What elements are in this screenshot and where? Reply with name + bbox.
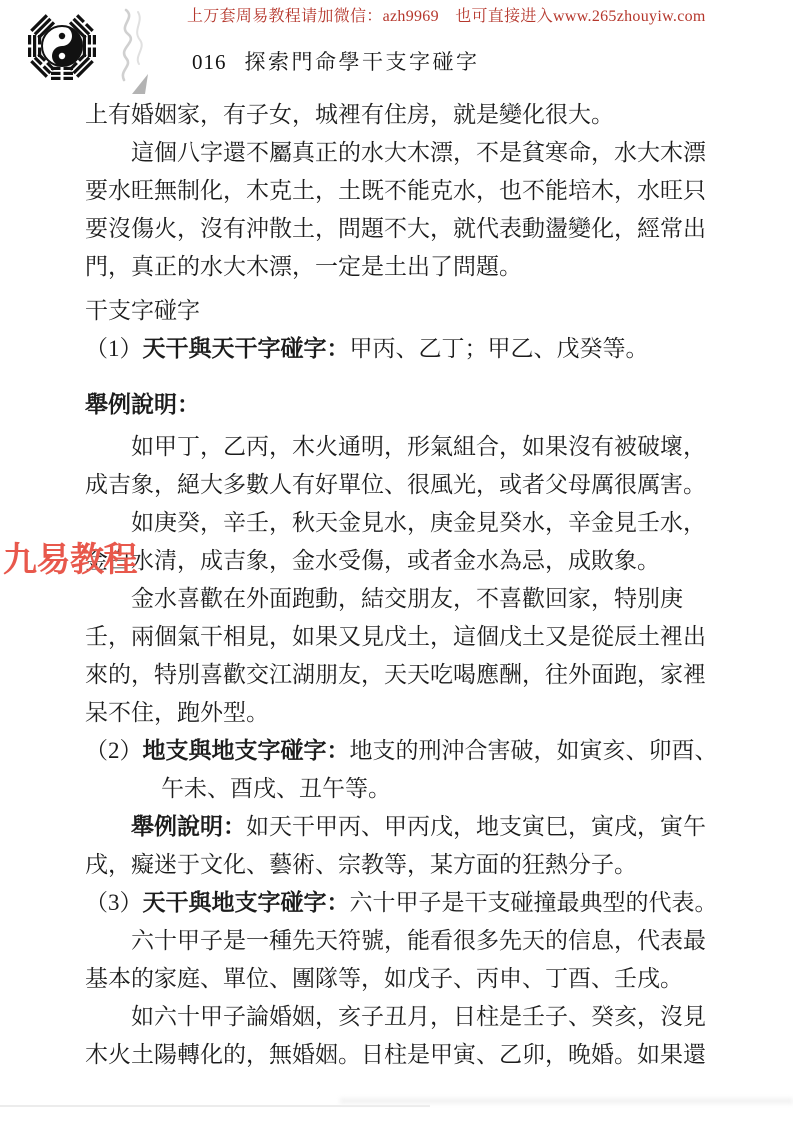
- text-line: 成吉象，絕大多數人有好單位、很風光，或者父母厲很厲害。: [85, 466, 717, 504]
- text-line: 舉例說明：如天干甲丙、甲丙戊，地支寅巳，寅戌，寅午: [85, 808, 717, 846]
- text-line: 呆不住，跑外型。: [85, 694, 717, 732]
- page-number: 016: [192, 50, 227, 74]
- body-text: 上有婚姻家，有子女，城裡有住房，就是變化很大。這個八字還不屬真正的水大木漂，不是…: [85, 96, 717, 1074]
- text-line: 金水喜歡在外面跑動，結交朋友，不喜歡回家，特別庚: [85, 580, 717, 618]
- text-line: （2）地支與地支字碰字：地支的刑沖合害破，如寅亥、卯酉、: [85, 732, 717, 770]
- page-header: 016探索門命學干支字碰字: [192, 46, 480, 76]
- text-line: 六十甲子是一種先天符號，能看很多先天的信息，代表最: [85, 922, 717, 960]
- text-line: （3）天干與地支字碰字：六十甲子是干支碰撞最典型的代表。: [85, 884, 717, 922]
- text-line: 如甲丁，乙丙，木火通明，形氣組合，如果沒有被破壞，: [85, 428, 717, 466]
- scan-shadow: [0, 1105, 430, 1107]
- text-line: 要沒傷火，沒有沖散土，問題不大，就代表動盪變化，經常出: [85, 210, 717, 248]
- page-title: 探索門命學干支字碰字: [245, 50, 480, 74]
- text-line: 舉例說明：: [85, 386, 717, 424]
- red-watermark: 九易教程: [3, 538, 137, 582]
- text-line: （1）天干與天干字碰字：甲丙、乙丁；甲乙、戊癸等。: [85, 330, 717, 368]
- text-line: 要水旺無制化，木克土，土既不能克水，也不能培木，水旺只: [85, 172, 717, 210]
- scanned-book-page: 上万套周易教程请加微信：azh9969 也可直接进入www.265zhouyiw…: [0, 0, 793, 1121]
- text-line: 如庚癸，辛壬，秋天金見水，庚金見癸水，辛金見壬水，: [85, 504, 717, 542]
- text-line: 上有婚姻家，有子女，城裡有住房，就是變化很大。: [85, 96, 717, 134]
- text-line: 干支字碰字: [85, 292, 717, 330]
- text-line: 午未、酉戌、丑午等。: [85, 770, 717, 808]
- scan-shadow: [340, 1098, 793, 1104]
- text-line: 壬，兩個氣干相見，如果又見戊土，這個戊土又是從辰土裡出: [85, 618, 717, 656]
- bagua-yinyang-logo-icon: [10, 10, 115, 88]
- text-line: 來的，特別喜歡交江湖朋友，天天吃喝應酬，往外面跑，家裡: [85, 656, 717, 694]
- calligraphy-watermark-icon: [106, 6, 154, 98]
- promo-header-text: 上万套周易教程请加微信：azh9969 也可直接进入www.265zhouyiw…: [187, 3, 767, 26]
- text-line: 戌，癡迷于文化、藝術、宗教等，某方面的狂熱分子。: [85, 846, 717, 884]
- text-line: 如六十甲子論婚姻，亥子丑月，日柱是壬子、癸亥，沒見: [85, 998, 717, 1036]
- text-line: 這個八字還不屬真正的水大木漂，不是貧寒命，水大木漂: [85, 134, 717, 172]
- text-line: 木火土陽轉化的，無婚姻。日柱是甲寅、乙卯，晚婚。如果還: [85, 1036, 717, 1074]
- text-line: 金白水清，成吉象，金水受傷，或者金水為忌，成敗象。: [85, 542, 717, 580]
- text-line: 基本的家庭、單位、團隊等，如戊子、丙申、丁酉、壬戌。: [85, 960, 717, 998]
- text-line: 門，真正的水大木漂，一定是土出了問題。: [85, 248, 717, 286]
